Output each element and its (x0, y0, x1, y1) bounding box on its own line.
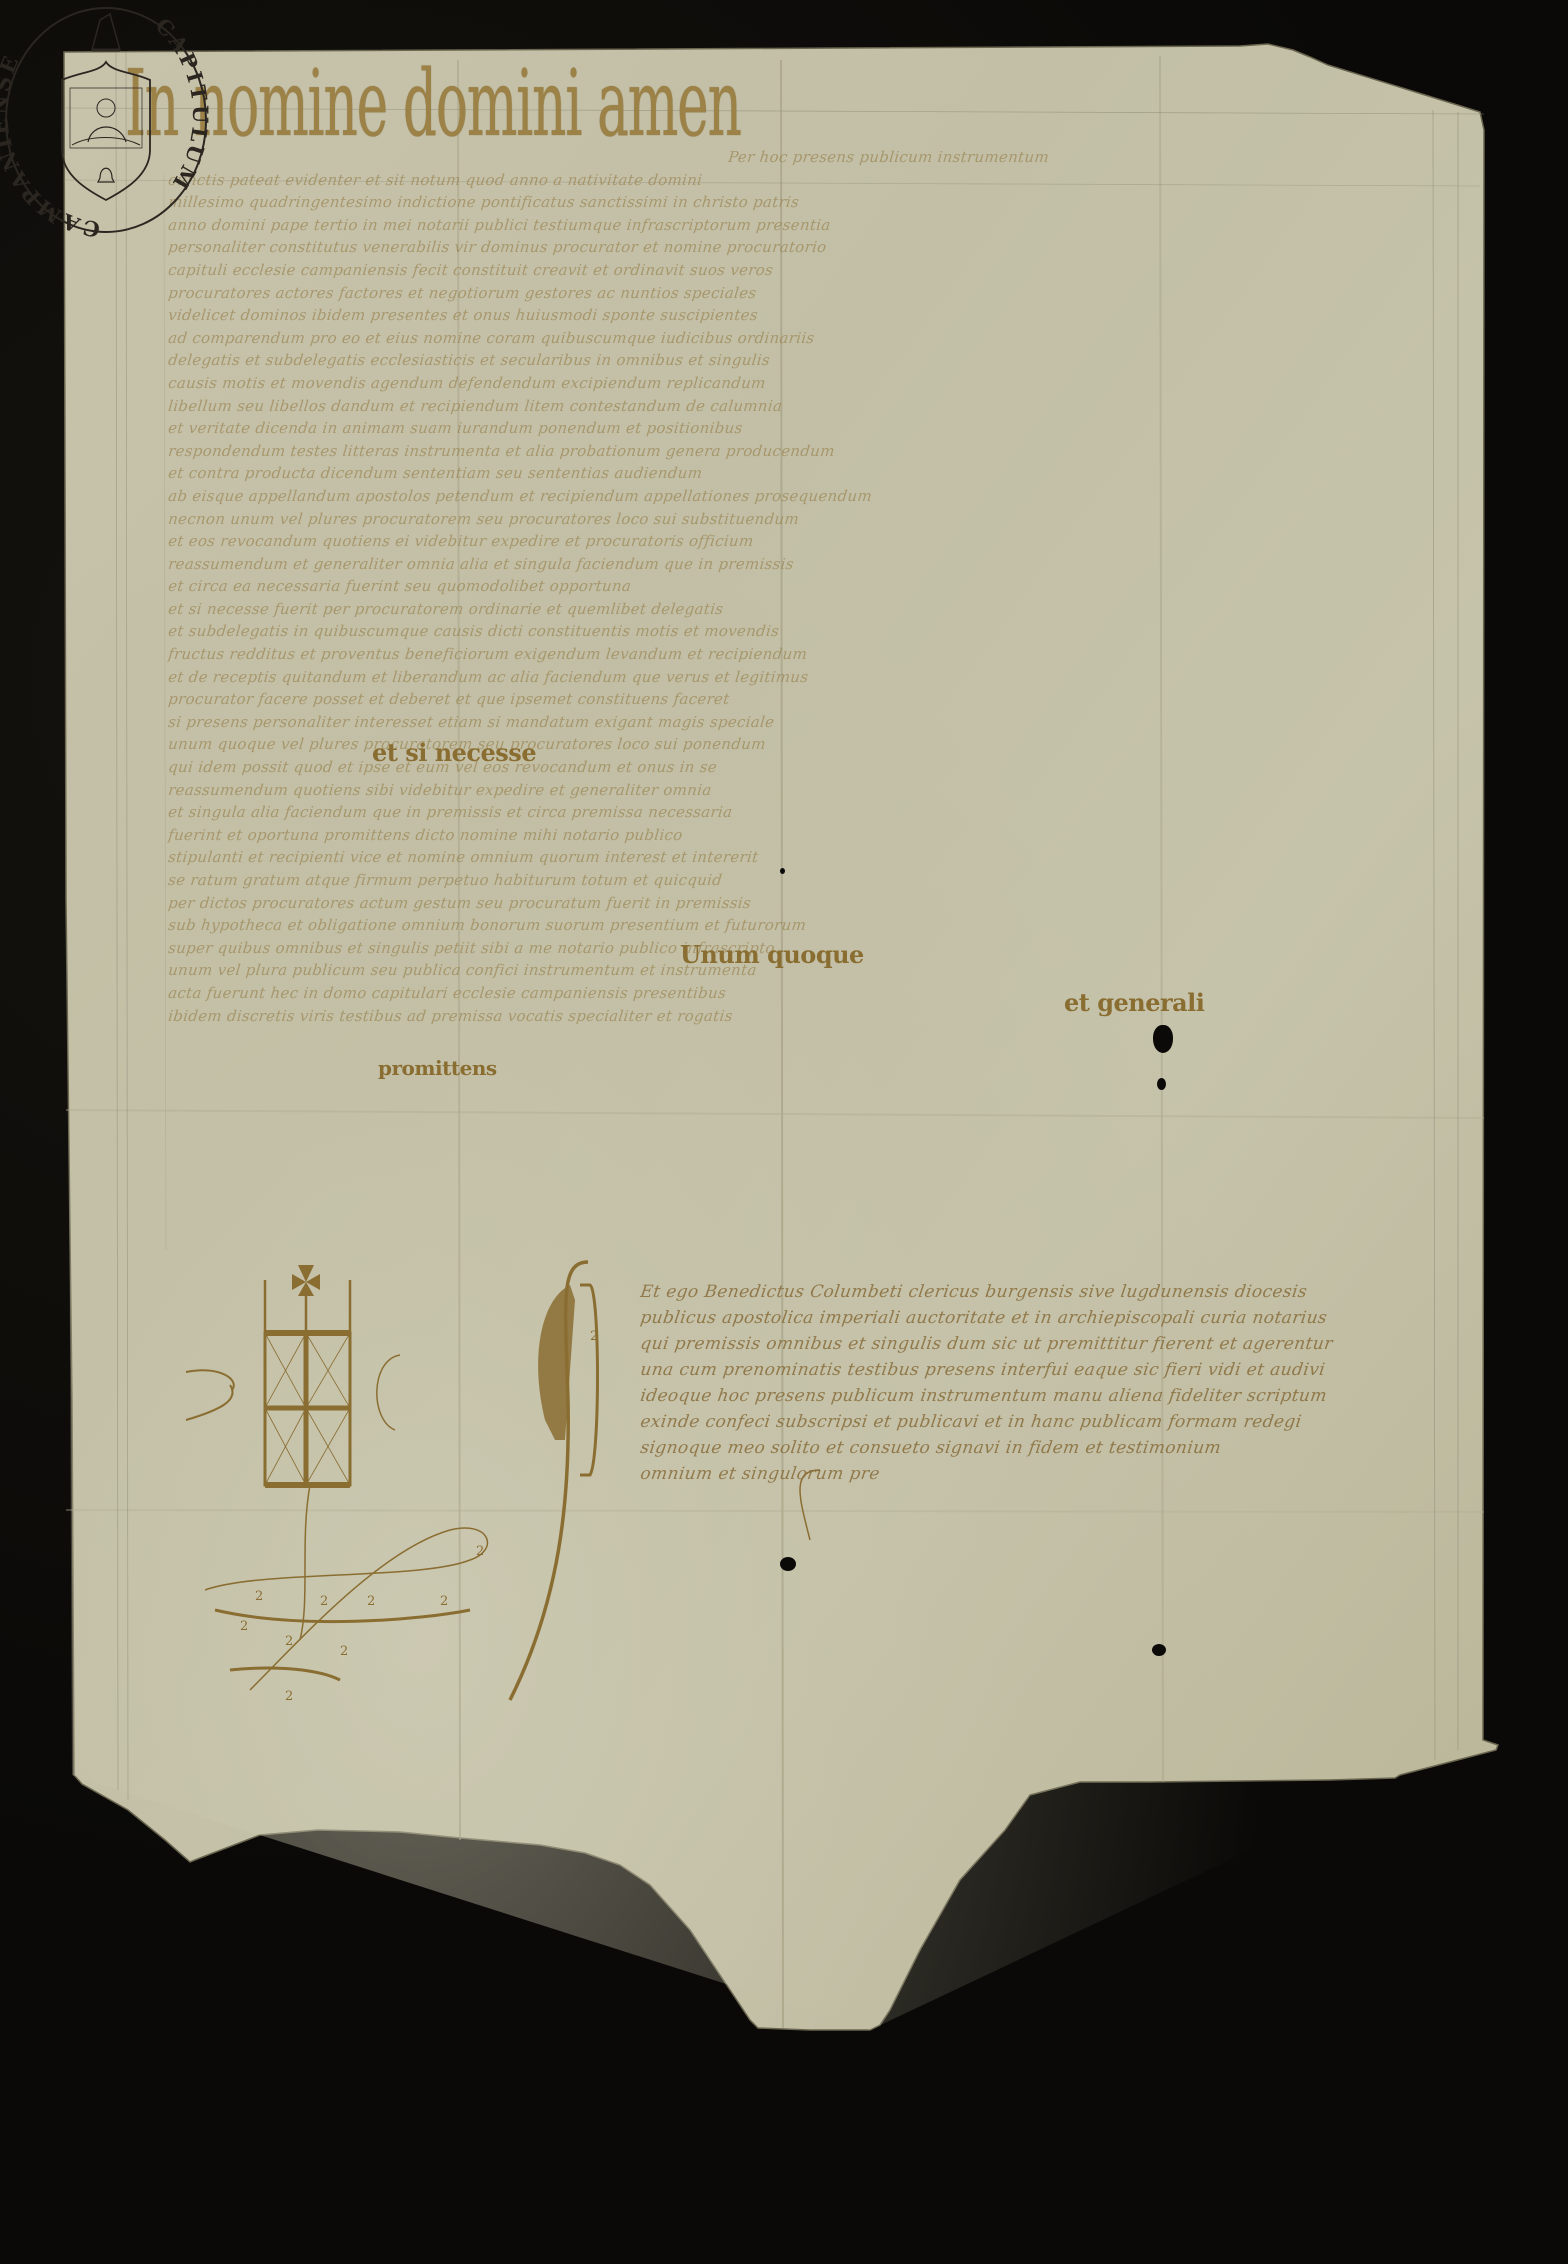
body-line: stipulanti et recipienti vice et nomine … (167, 848, 1469, 871)
body-line: et singula alia faciendum que in premiss… (167, 803, 1469, 826)
subscription-line: Et ego Benedictus Columbeti clericus bur… (638, 1282, 1482, 1308)
body-line: et veritate dicenda in animam suam iuran… (167, 419, 1469, 442)
stamp-text-left: CAMPANIENSE (0, 50, 102, 240)
body-line: fructus redditus et proventus beneficior… (167, 645, 1469, 668)
instrument-body: Per hoc presens publicum instrumentum cu… (168, 148, 1468, 1029)
keyword-promittens: promittens (378, 1056, 497, 1080)
subscription-line: publicus apostolica imperiali auctoritat… (638, 1308, 1482, 1334)
body-line: causis motis et movendis agendum defende… (167, 374, 1469, 397)
body-line: capituli ecclesie campaniensis fecit con… (167, 261, 1469, 284)
chapter-stamp: CAMPANIENSE CAPITULUM (0, 0, 212, 240)
parchment-sheet: In nomine domini amen Per hoc presens pu… (0, 0, 1568, 2264)
hole-damage (1152, 1644, 1166, 1656)
body-line: et eos revocandum quotiens ei videbitur … (167, 532, 1469, 555)
body-line: reassumendum quotiens sibi videbitur exp… (167, 781, 1469, 804)
body-line: delegatis et subdelegatis ecclesiasticis… (167, 351, 1469, 374)
body-line: si presens personaliter interesset etiam… (167, 713, 1469, 736)
body-line: ibidem discretis viris testibus ad premi… (167, 1007, 1469, 1030)
body-line: se ratum gratum atque firmum perpetuo ha… (167, 871, 1469, 894)
subscription-line: omnium et singulorum premissorum rogatus… (638, 1464, 882, 1490)
subscription-line: ideoque hoc presens publicum instrumentu… (638, 1386, 1482, 1412)
mitre-icon (92, 14, 120, 50)
keyword-unum-quoque: Unum quoque (680, 940, 864, 969)
body-line: et circa ea necessaria fuerint seu quomo… (167, 577, 1469, 600)
body-line: et si necesse fuerit per procuratorem or… (167, 600, 1469, 623)
hole-damage (1157, 1078, 1166, 1090)
body-line: videlicet dominos ibidem presentes et on… (167, 306, 1469, 329)
subscription-line: qui premissis omnibus et singulis dum si… (638, 1334, 1482, 1360)
body-line: necnon unum vel plures procuratorem seu … (167, 510, 1469, 533)
invocatio-heading: In nomine domini amen (125, 58, 741, 150)
body-line: fuerint et oportuna promittens dicto nom… (167, 826, 1469, 849)
body-line: personaliter constitutus venerabilis vir… (167, 238, 1469, 261)
body-line: per dictos procuratores actum gestum seu… (167, 894, 1469, 917)
keyword-et-generali: et generali (1064, 988, 1204, 1017)
body-line: procurator facere posset et deberet et q… (167, 690, 1469, 713)
subscription-line: signoque meo solito et consueto signavi … (638, 1438, 1482, 1464)
body-line: unum quoque vel plures procuratorem seu … (167, 735, 1469, 758)
hole-damage (780, 868, 785, 874)
body-line: reassumendum et generaliter omnia alia e… (167, 555, 1469, 578)
subscription-line: una cum prenominatis testibus presens in… (638, 1360, 1482, 1386)
shield-icon (62, 62, 150, 200)
body-line: ad comparendum pro eo et eius nomine cor… (167, 329, 1469, 352)
body-line: et subdelegatis in quibuscumque causis d… (167, 622, 1469, 645)
body-line: ab eisque appellandum apostolos petendum… (167, 487, 1469, 510)
body-line: procuratores actores factores et negotio… (167, 284, 1469, 307)
body-line: libellum seu libellos dandum et recipien… (167, 397, 1469, 420)
body-line: sub hypotheca et obligatione omnium bono… (167, 916, 1469, 939)
body-line: et contra producta dicendum sententiam s… (167, 464, 1469, 487)
subscription-line: exinde confeci subscripsi et publicavi e… (638, 1412, 1482, 1438)
stamp-text-right: CAPITULUM (151, 13, 212, 196)
body-line: qui idem possit quod et ipse et eum vel … (167, 758, 1469, 781)
bell-icon (98, 168, 114, 182)
body-line: respondendum testes litteras instrumenta… (167, 442, 1469, 465)
body-line: acta fuerunt hec in domo capitulari eccl… (167, 984, 1469, 1007)
body-line: et de receptis quitandum et liberandum a… (167, 668, 1469, 691)
body-line: cunctis pateat evidenter et sit notum qu… (167, 171, 1469, 194)
keyword-et-si-necesse: et si necesse (372, 738, 536, 767)
hole-damage (780, 1557, 796, 1571)
body-line: Per hoc presens publicum instrumentum (727, 148, 1469, 171)
body-line: anno domini pape tertio in mei notarii p… (167, 216, 1469, 239)
body-line: millesimo quadringentesimo indictione po… (167, 193, 1469, 216)
hole-damage (1153, 1025, 1173, 1053)
notarial-subscription: Et ego Benedictus Columbeti clericus bur… (640, 1282, 1480, 1490)
